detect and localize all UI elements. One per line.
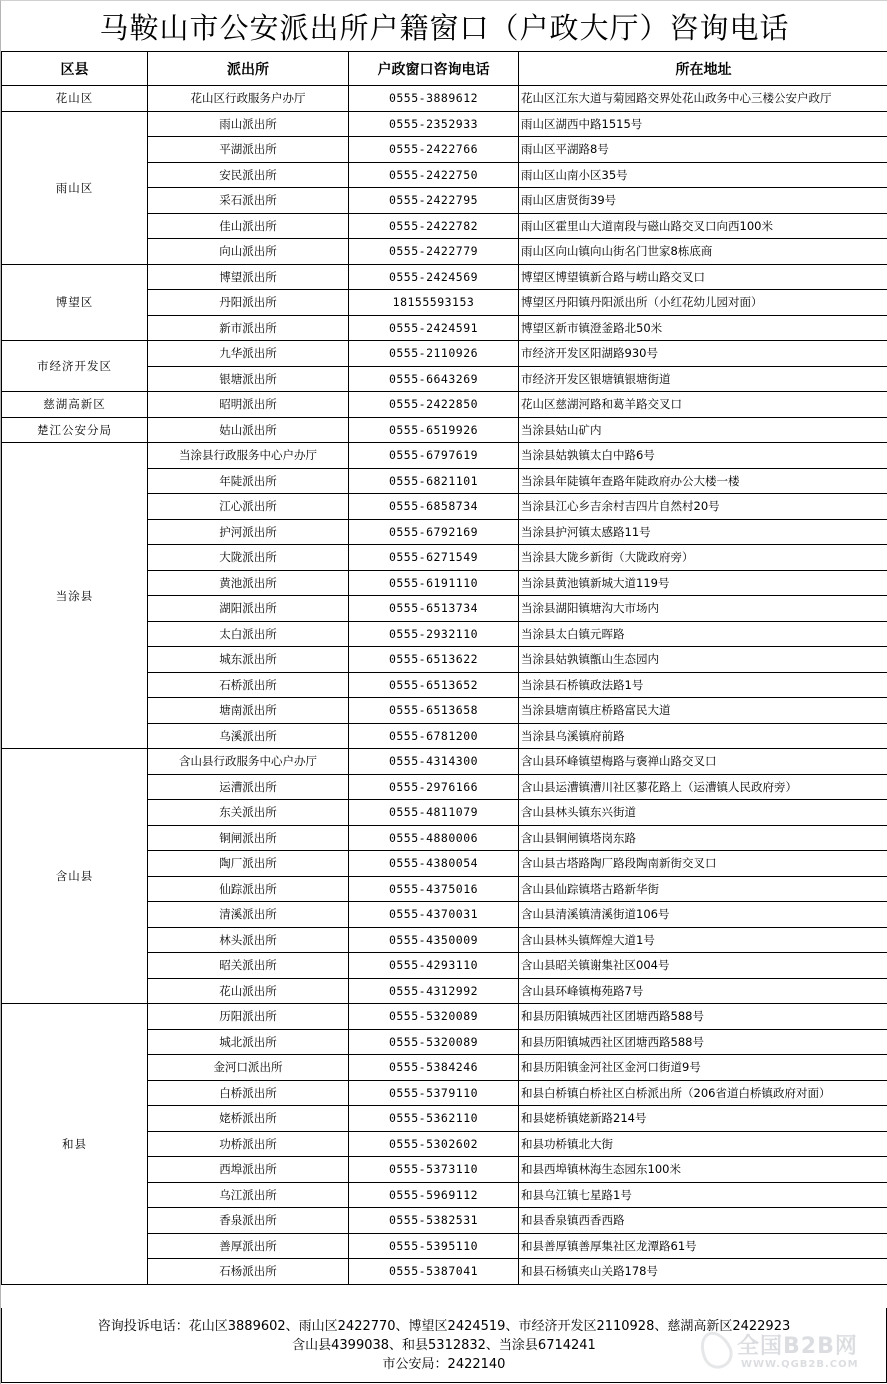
address-cell: 含山县运漕镇漕川社区蓼花路上（运漕镇人民政府旁） (519, 774, 887, 800)
station-cell: 平湖派出所 (148, 137, 349, 163)
phone-cell: 0555-4370031 (349, 902, 519, 928)
address-cell: 当涂县乌溪镇府前路 (519, 723, 887, 749)
phone-cell: 0555-2976166 (349, 774, 519, 800)
phone-cell: 0555-2422795 (349, 188, 519, 214)
station-cell: 昭明派出所 (148, 392, 349, 418)
header-address: 所在地址 (519, 52, 887, 86)
address-cell: 和县历阳镇城西社区团塘西路588号 (519, 1029, 887, 1055)
address-cell: 和县香泉镇西香西路 (519, 1208, 887, 1234)
address-cell: 雨山区霍里山大道南段与磁山路交叉口向西100米 (519, 213, 887, 239)
phone-cell: 0555-6792169 (349, 519, 519, 545)
station-cell: 当涂县行政服务中心户办厅 (148, 443, 349, 469)
table-body: 花山区花山区行政服务户办厅0555-3889612花山区江东大道与菊园路交界处花… (2, 86, 887, 1285)
station-cell: 佳山派出所 (148, 213, 349, 239)
address-cell: 花山区慈湖河路和葛羊路交叉口 (519, 392, 887, 418)
station-cell: 仙踪派出所 (148, 876, 349, 902)
address-cell: 市经济开发区银塘镇银塘街道 (519, 366, 887, 392)
station-cell: 昭关派出所 (148, 953, 349, 979)
address-cell: 当涂县姑山矿内 (519, 417, 887, 443)
address-cell: 当涂县太白镇元晖路 (519, 621, 887, 647)
address-cell: 市经济开发区阳湖路930号 (519, 341, 887, 367)
phone-cell: 0555-2422750 (349, 162, 519, 188)
station-cell: 城东派出所 (148, 647, 349, 673)
address-cell: 当涂县年陡镇年查路年陡政府办公大楼一楼 (519, 468, 887, 494)
address-cell: 和县善厚镇善厚集社区龙潭路61号 (519, 1233, 887, 1259)
footer-line-2: 含山县4399038、和县5312832、当涂县6714241 (292, 1336, 596, 1355)
station-cell: 花山区行政服务户办厅 (148, 86, 349, 112)
phone-cell: 0555-6513652 (349, 672, 519, 698)
station-cell: 太白派出所 (148, 621, 349, 647)
address-cell: 当涂县护河镇太感路11号 (519, 519, 887, 545)
station-cell: 大陇派出所 (148, 545, 349, 571)
phone-cell: 0555-2424591 (349, 315, 519, 341)
address-cell: 雨山区湖西中路1515号 (519, 111, 887, 137)
station-cell: 含山县行政服务中心户办厅 (148, 749, 349, 775)
address-cell: 和县姥桥镇姥新路214号 (519, 1106, 887, 1132)
phone-cell: 0555-6513658 (349, 698, 519, 724)
station-cell: 东关派出所 (148, 800, 349, 826)
phone-cell: 0555-6513622 (349, 647, 519, 673)
station-cell: 西埠派出所 (148, 1157, 349, 1183)
phone-cell: 0555-5969112 (349, 1182, 519, 1208)
spreadsheet-page: 马鞍山市公安派出所户籍窗口（户政大厅）咨询电话 区县 派出所 户政窗口咨询电话 … (0, 0, 887, 1384)
phone-cell: 0555-4350009 (349, 927, 519, 953)
phone-cell: 0555-2110926 (349, 341, 519, 367)
phone-cell: 0555-2424569 (349, 264, 519, 290)
station-cell: 江心派出所 (148, 494, 349, 520)
phone-cell: 0555-4811079 (349, 800, 519, 826)
phone-cell: 0555-6858734 (349, 494, 519, 520)
phone-cell: 0555-5387041 (349, 1259, 519, 1285)
phone-cell: 0555-5302602 (349, 1131, 519, 1157)
address-cell: 雨山区平湖路8号 (519, 137, 887, 163)
district-cell: 花山区 (2, 86, 148, 112)
phone-cell: 0555-6797619 (349, 443, 519, 469)
district-cell: 雨山区 (2, 111, 148, 264)
station-cell: 石杨派出所 (148, 1259, 349, 1285)
address-cell: 雨山区唐贤街39号 (519, 188, 887, 214)
address-cell: 雨山区向山镇向山街名门世家8栋底商 (519, 239, 887, 265)
phone-cell: 0555-6513734 (349, 596, 519, 622)
station-cell: 城北派出所 (148, 1029, 349, 1055)
phone-cell: 0555-6191110 (349, 570, 519, 596)
station-cell: 安民派出所 (148, 162, 349, 188)
station-cell: 香泉派出所 (148, 1208, 349, 1234)
phone-cell: 0555-5320089 (349, 1029, 519, 1055)
header-district: 区县 (2, 52, 148, 86)
address-cell: 含山县林头镇东兴街道 (519, 800, 887, 826)
phone-cell: 0555-2422850 (349, 392, 519, 418)
footer-line-1: 咨询投诉电话：花山区3889602、雨山区2422770、博望区2424519、… (98, 1317, 791, 1336)
complaint-hotline-footer: 咨询投诉电话：花山区3889602、雨山区2422770、博望区2424519、… (1, 1308, 887, 1383)
address-cell: 当涂县姑孰镇太白中路6号 (519, 443, 887, 469)
address-cell: 当涂县石桥镇政法路1号 (519, 672, 887, 698)
station-cell: 新市派出所 (148, 315, 349, 341)
phone-cell: 0555-6519926 (349, 417, 519, 443)
station-cell: 雨山派出所 (148, 111, 349, 137)
address-cell: 含山县古塔路陶厂路段陶南新街交叉口 (519, 851, 887, 877)
police-station-table: 区县 派出所 户政窗口咨询电话 所在地址 花山区花山区行政服务户办厅0555-3… (1, 51, 887, 1285)
station-cell: 历阳派出所 (148, 1004, 349, 1030)
phone-cell: 0555-4375016 (349, 876, 519, 902)
station-cell: 花山派出所 (148, 978, 349, 1004)
station-cell: 姑山派出所 (148, 417, 349, 443)
station-cell: 白桥派出所 (148, 1080, 349, 1106)
address-cell: 和县石杨镇夹山关路178号 (519, 1259, 887, 1285)
station-cell: 黄池派出所 (148, 570, 349, 596)
phone-cell: 0555-4880006 (349, 825, 519, 851)
station-cell: 姥桥派出所 (148, 1106, 349, 1132)
address-cell: 雨山区山南小区35号 (519, 162, 887, 188)
phone-cell: 0555-5362110 (349, 1106, 519, 1132)
phone-cell: 0555-5379110 (349, 1080, 519, 1106)
station-cell: 石桥派出所 (148, 672, 349, 698)
station-cell: 林头派出所 (148, 927, 349, 953)
address-cell: 博望区丹阳镇丹阳派出所（小红花幼儿园对面） (519, 290, 887, 316)
station-cell: 乌江派出所 (148, 1182, 349, 1208)
phone-cell: 0555-5373110 (349, 1157, 519, 1183)
station-cell: 塘南派出所 (148, 698, 349, 724)
phone-cell: 0555-2422766 (349, 137, 519, 163)
phone-cell: 0555-5395110 (349, 1233, 519, 1259)
phone-cell: 0555-5320089 (349, 1004, 519, 1030)
station-cell: 功桥派出所 (148, 1131, 349, 1157)
table-row: 花山区花山区行政服务户办厅0555-3889612花山区江东大道与菊园路交界处花… (2, 86, 887, 112)
address-cell: 当涂县湖阳镇塘沟大市场内 (519, 596, 887, 622)
address-cell: 含山县铜闸镇塔岗东路 (519, 825, 887, 851)
address-cell: 含山县林头镇辉煌大道1号 (519, 927, 887, 953)
address-cell: 和县功桥镇北大街 (519, 1131, 887, 1157)
station-cell: 丹阳派出所 (148, 290, 349, 316)
station-cell: 乌溪派出所 (148, 723, 349, 749)
address-cell: 含山县昭关镇谢集社区004号 (519, 953, 887, 979)
table-row: 含山县含山县行政服务中心户办厅0555-4314300含山县环峰镇望梅路与褒禅山… (2, 749, 887, 775)
phone-cell: 0555-2422779 (349, 239, 519, 265)
footer-line-3: 市公安局：2422140 (383, 1355, 506, 1374)
station-cell: 运漕派出所 (148, 774, 349, 800)
phone-cell: 0555-4380054 (349, 851, 519, 877)
phone-cell: 0555-6643269 (349, 366, 519, 392)
address-cell: 含山县环峰镇梅苑路7号 (519, 978, 887, 1004)
station-cell: 银塘派出所 (148, 366, 349, 392)
address-cell: 和县历阳镇金河社区金河口街道9号 (519, 1055, 887, 1081)
phone-cell: 0555-2352933 (349, 111, 519, 137)
phone-cell: 0555-5382531 (349, 1208, 519, 1234)
station-cell: 湖阳派出所 (148, 596, 349, 622)
station-cell: 陶厂派出所 (148, 851, 349, 877)
phone-cell: 0555-4293110 (349, 953, 519, 979)
address-cell: 和县西埠镇林海生态园东100米 (519, 1157, 887, 1183)
address-cell: 博望区新市镇澄釜路北50米 (519, 315, 887, 341)
station-cell: 善厚派出所 (148, 1233, 349, 1259)
station-cell: 博望派出所 (148, 264, 349, 290)
address-cell: 当涂县大陇乡新街（大陇政府旁） (519, 545, 887, 571)
station-cell: 清溪派出所 (148, 902, 349, 928)
table-row: 和县历阳派出所0555-5320089和县历阳镇城西社区团塘西路588号 (2, 1004, 887, 1030)
station-cell: 九华派出所 (148, 341, 349, 367)
phone-cell: 0555-4312992 (349, 978, 519, 1004)
district-cell: 博望区 (2, 264, 148, 341)
address-cell: 和县白桥镇白桥社区白桥派出所（206省道白桥镇政府对面） (519, 1080, 887, 1106)
station-cell: 年陡派出所 (148, 468, 349, 494)
phone-cell: 0555-6271549 (349, 545, 519, 571)
table-row: 楚江公安分局姑山派出所0555-6519926当涂县姑山矿内 (2, 417, 887, 443)
header-phone: 户政窗口咨询电话 (349, 52, 519, 86)
phone-cell: 0555-2422782 (349, 213, 519, 239)
address-cell: 和县历阳镇城西社区团塘西路588号 (519, 1004, 887, 1030)
phone-cell: 18155593153 (349, 290, 519, 316)
station-cell: 向山派出所 (148, 239, 349, 265)
address-cell: 当涂县姑孰镇甑山生态园内 (519, 647, 887, 673)
station-cell: 采石派出所 (148, 188, 349, 214)
address-cell: 含山县仙踪镇塔古路新华街 (519, 876, 887, 902)
header-row: 区县 派出所 户政窗口咨询电话 所在地址 (2, 52, 887, 86)
table-row: 慈湖高新区昭明派出所0555-2422850花山区慈湖河路和葛羊路交叉口 (2, 392, 887, 418)
address-cell: 当涂县江心乡吉余村吉四片自然村20号 (519, 494, 887, 520)
page-title: 马鞍山市公安派出所户籍窗口（户政大厅）咨询电话 (1, 1, 887, 51)
station-cell: 铜闸派出所 (148, 825, 349, 851)
station-cell: 护河派出所 (148, 519, 349, 545)
address-cell: 当涂县黄池镇新城大道119号 (519, 570, 887, 596)
address-cell: 当涂县塘南镇庄桥路富民大道 (519, 698, 887, 724)
phone-cell: 0555-6781200 (349, 723, 519, 749)
address-cell: 花山区江东大道与菊园路交界处花山政务中心三楼公安户政厅 (519, 86, 887, 112)
address-cell: 博望区博望镇新合路与崂山路交叉口 (519, 264, 887, 290)
table-row: 当涂县当涂县行政服务中心户办厅0555-6797619当涂县姑孰镇太白中路6号 (2, 443, 887, 469)
station-cell: 金河口派出所 (148, 1055, 349, 1081)
table-row: 雨山区雨山派出所0555-2352933雨山区湖西中路1515号 (2, 111, 887, 137)
phone-cell: 0555-3889612 (349, 86, 519, 112)
district-cell: 当涂县 (2, 443, 148, 749)
address-cell: 含山县清溪镇清溪街道106号 (519, 902, 887, 928)
district-cell: 市经济开发区 (2, 341, 148, 392)
district-cell: 含山县 (2, 749, 148, 1004)
district-cell: 楚江公安分局 (2, 417, 148, 443)
table-row: 博望区博望派出所0555-2424569博望区博望镇新合路与崂山路交叉口 (2, 264, 887, 290)
phone-cell: 0555-6821101 (349, 468, 519, 494)
phone-cell: 0555-5384246 (349, 1055, 519, 1081)
phone-cell: 0555-4314300 (349, 749, 519, 775)
address-cell: 和县乌江镇七星路1号 (519, 1182, 887, 1208)
phone-cell: 0555-2932110 (349, 621, 519, 647)
header-station: 派出所 (148, 52, 349, 86)
table-row: 市经济开发区九华派出所0555-2110926市经济开发区阳湖路930号 (2, 341, 887, 367)
address-cell: 含山县环峰镇望梅路与褒禅山路交叉口 (519, 749, 887, 775)
district-cell: 和县 (2, 1004, 148, 1285)
district-cell: 慈湖高新区 (2, 392, 148, 418)
